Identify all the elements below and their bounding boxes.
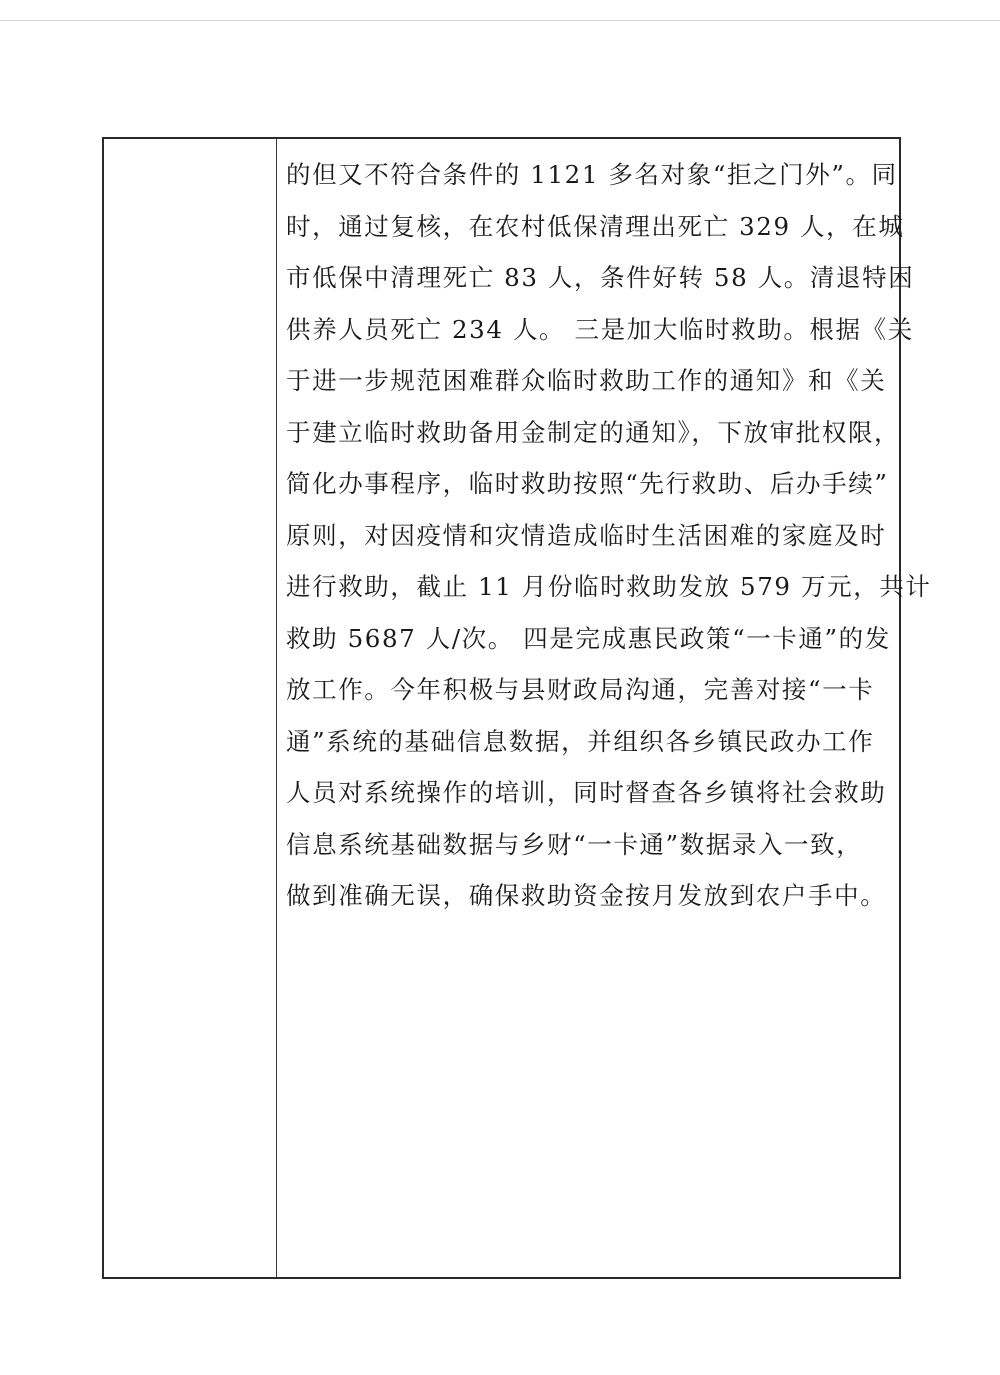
text-line: 人员对系统操作的培训，同时督查各乡镇将社会救助: [286, 767, 891, 819]
table-right-cell: 的但又不符合条件的 1121 多名对象“拒之门外”。同 时，通过复核，在农村低保…: [277, 139, 899, 1277]
text-line: 市低保中清理死亡 83 人，条件好转 58 人。清退特困: [286, 252, 891, 304]
text-line: 于建立临时救助备用金制定的通知》，下放审批权限，: [286, 407, 891, 459]
document-table: 的但又不符合条件的 1121 多名对象“拒之门外”。同 时，通过复核，在农村低保…: [102, 137, 901, 1279]
text-line: 原则，对因疫情和灾情造成临时生活困难的家庭及时: [286, 510, 891, 562]
table-left-cell: [104, 139, 276, 1277]
text-line: 于进一步规范困难群众临时救助工作的通知》和《关: [286, 355, 891, 407]
text-line: 做到准确无误，确保救助资金按月发放到农户手中。: [286, 870, 891, 922]
text-line: 通”系统的基础信息数据，并组织各乡镇民政办工作: [286, 716, 891, 768]
scan-edge-line: [0, 20, 1000, 21]
text-line: 放工作。今年积极与县财政局沟通，完善对接“一卡: [286, 664, 891, 716]
text-line: 时，通过复核，在农村低保清理出死亡 329 人，在城: [286, 201, 891, 253]
text-line: 供养人员死亡 234 人。 三是加大临时救助。根据《关: [286, 304, 891, 356]
text-line: 的但又不符合条件的 1121 多名对象“拒之门外”。同: [286, 149, 891, 201]
text-line: 信息系统基础数据与乡财“一卡通”数据录入一致，: [286, 819, 891, 871]
text-line: 简化办事程序，临时救助按照“先行救助、后办手续”: [286, 458, 891, 510]
text-line: 进行救助，截止 11 月份临时救助发放 579 万元，共计: [286, 561, 891, 613]
text-line: 救助 5687 人/次。 四是完成惠民政策“一卡通”的发: [286, 613, 891, 665]
